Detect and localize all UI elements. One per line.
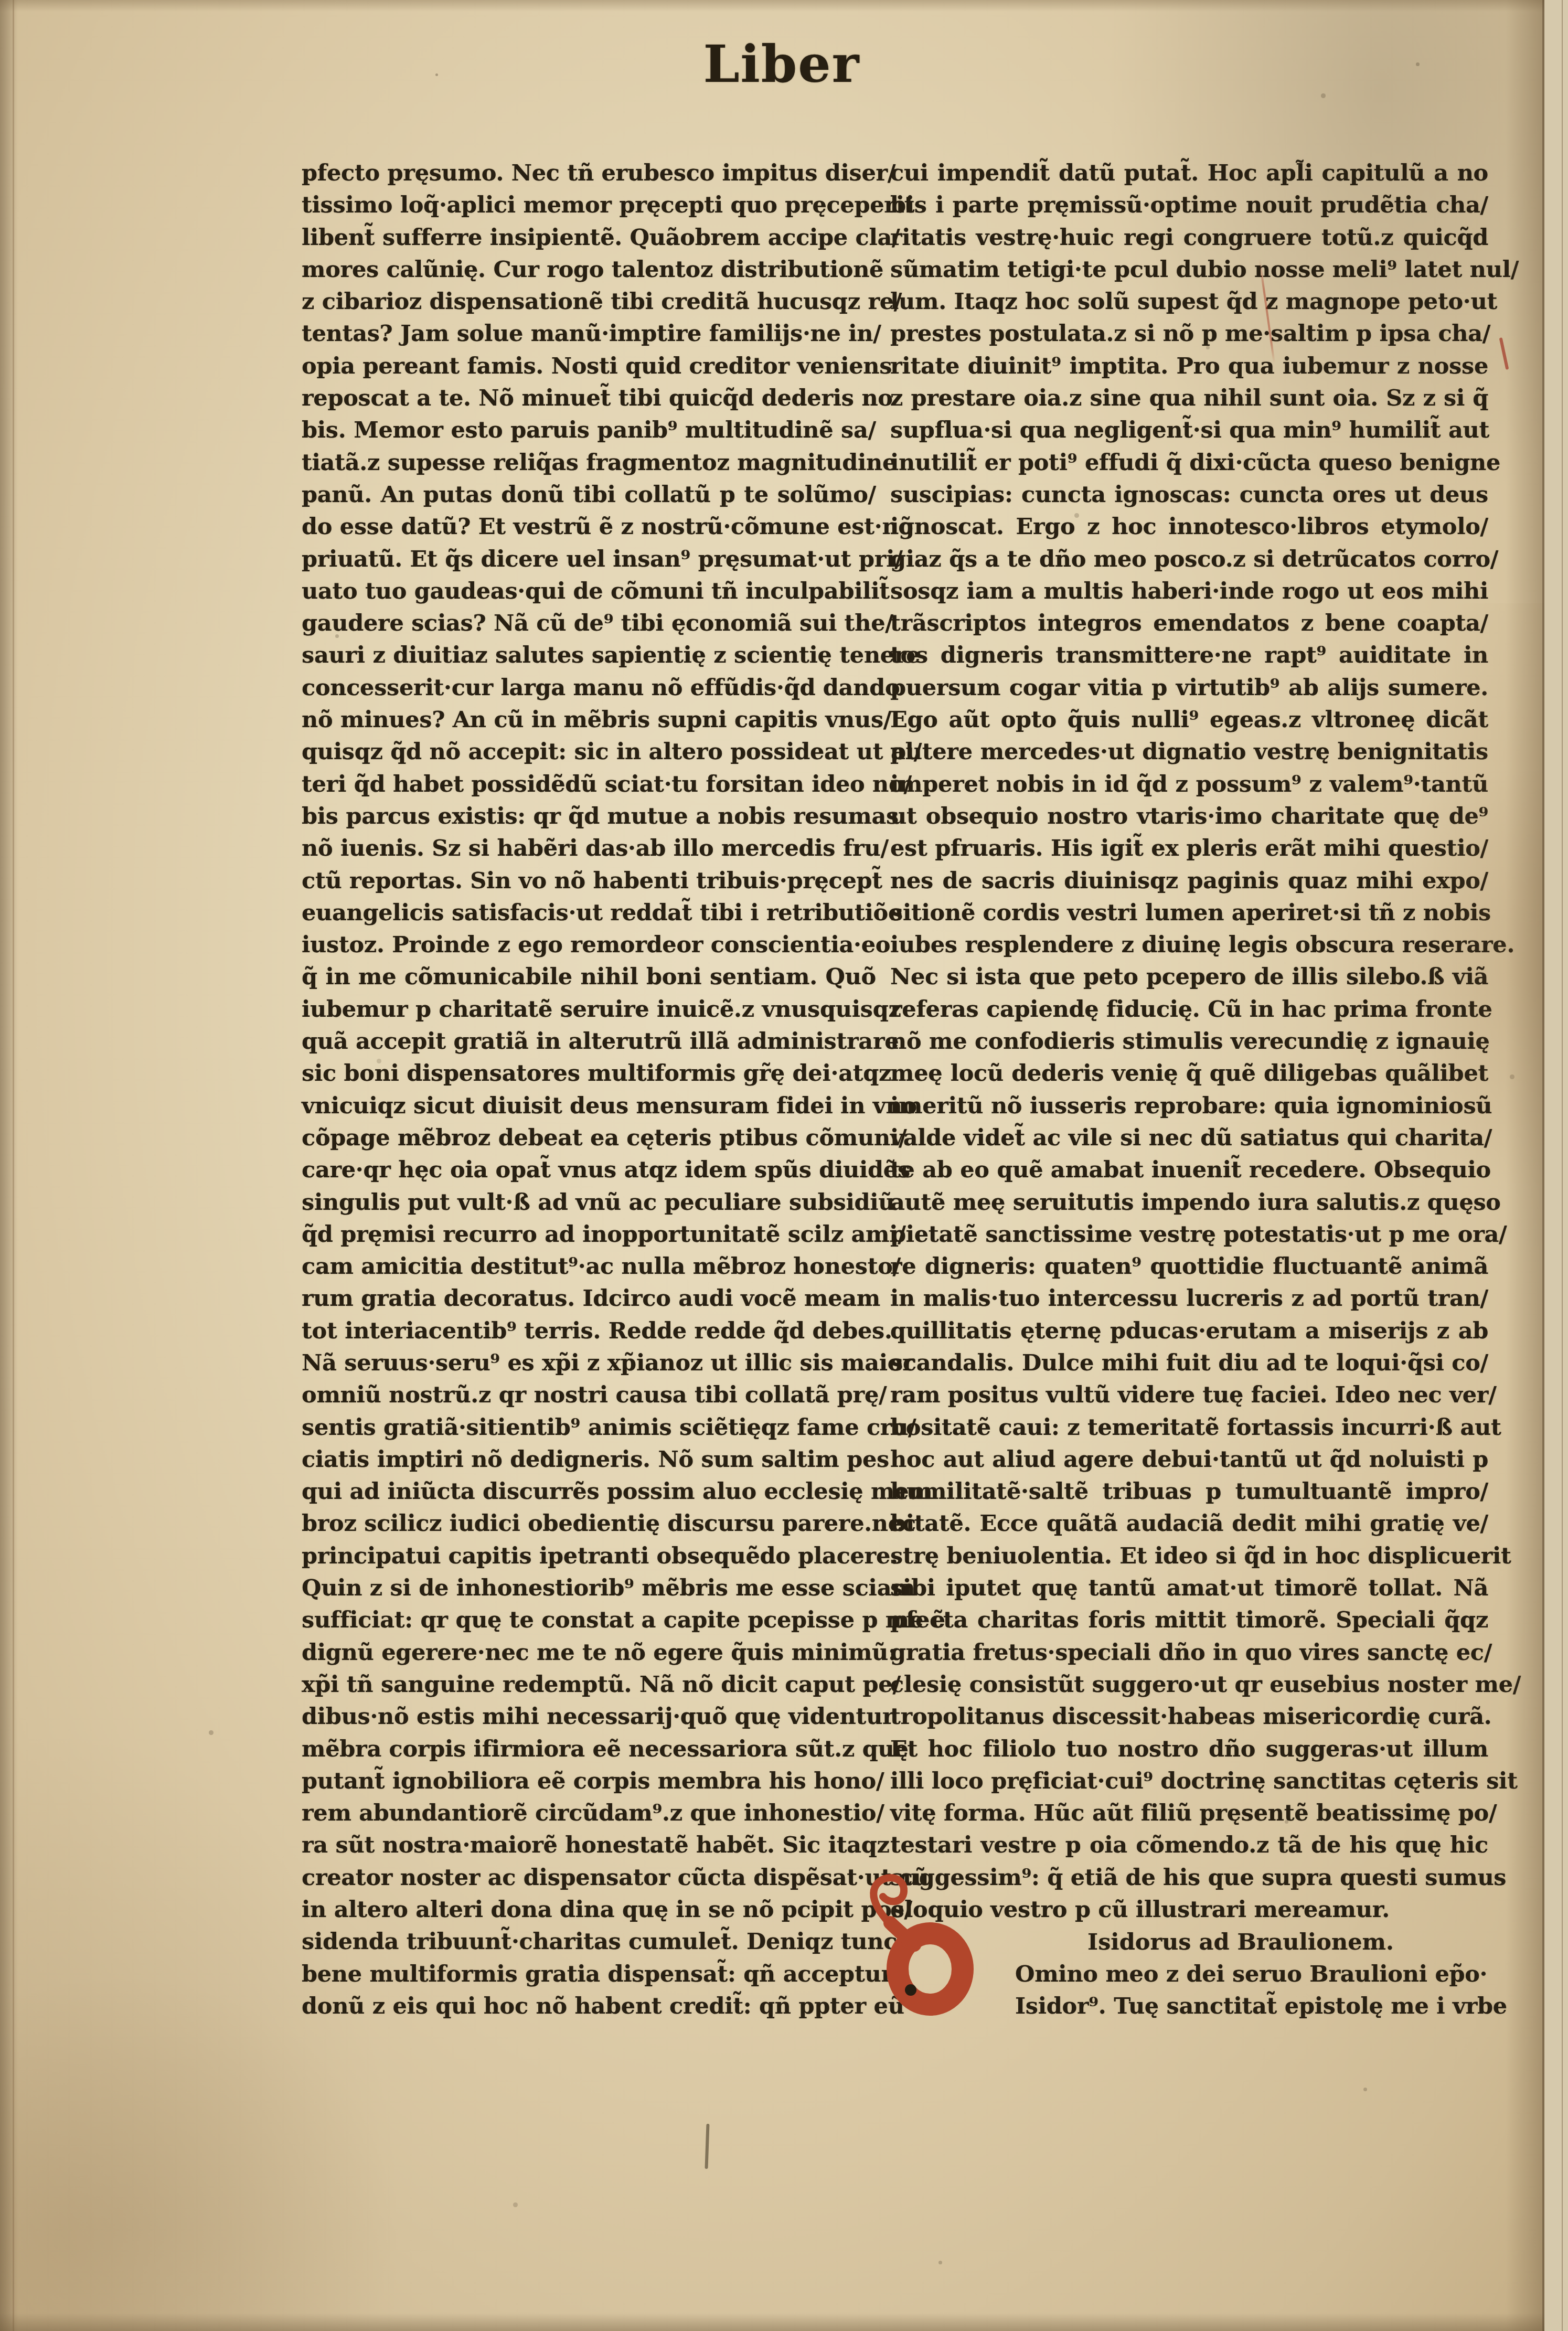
text-line: lum. Itaqz hoc solũ supest q̃d z magnope…	[890, 286, 1488, 318]
text-line: sitionẽ cordis vestri lumen aperiret·si …	[890, 897, 1488, 929]
text-line: omniũ nostrũ.z qr nostri causa tibi coll…	[302, 1379, 876, 1411]
running-header-title: Liber	[671, 30, 892, 99]
text-line: tentas? Jam solue manũ·imptire familijs·…	[302, 318, 876, 350]
text-line: dibus·nõ estis mihi necessarij·quõ quę v…	[302, 1701, 876, 1733]
text-line: dignũ egerere·nec me te nõ egere q̃uis m…	[302, 1637, 876, 1669]
text-line: testari vestre p oia cõmendo.z tã de his…	[890, 1829, 1488, 1861]
text-line: opia pereant famis. Nosti quid creditor …	[302, 350, 876, 382]
text-line: scandalis. Dulce mihi fuit diu ad te loq…	[890, 1347, 1488, 1379]
text-line: re digneris: quaten⁹ quottidie fluctuant…	[890, 1251, 1488, 1283]
text-line: nõ minues? An cũ in mẽbris supni capitis…	[302, 704, 876, 736]
text-line: imeritũ nõ iusseris reprobare: quia igno…	[890, 1090, 1488, 1122]
text-line: ignoscat. Ergo z hoc innotesco·libros et…	[890, 511, 1488, 543]
page-crease	[13, 0, 14, 2331]
text-line: sufficiat: qr quę te constat a capite pc…	[302, 1604, 876, 1636]
text-line: trãscriptos integros emendatos z bene co…	[890, 608, 1488, 640]
initial-text-line: Isidor⁹. Tuę sanctitat̃ epistolę me i vr…	[1015, 1991, 1485, 2023]
text-line: mores calũnię. Cur rogo talentoz distrib…	[302, 254, 876, 286]
text-line: broz scilicz iudici obedientię discursu …	[302, 1508, 876, 1540]
text-line: q̃d pręmisi recurro ad inopportunitatẽ s…	[302, 1219, 876, 1251]
text-line: ram positus vultũ videre tuę faciei. Ide…	[890, 1379, 1488, 1411]
text-line: humilitatẽ·saltẽ tribuas p tumultuantẽ i…	[890, 1476, 1488, 1508]
text-line: care·qr hęc oia opat̃ vnus atqz idem spũ…	[302, 1154, 876, 1186]
text-line: bis i parte pręmissũ·optime nouit prudẽt…	[890, 189, 1488, 221]
text-line: qui ad iniũcta discurrẽs possim aluo ecc…	[302, 1476, 876, 1508]
text-line: imperet nobis in id q̃d z possum⁹ z vale…	[890, 769, 1488, 801]
text-line: priuatũ. Et q̃s dicere uel insan⁹ pręsum…	[302, 544, 876, 576]
text-line: vnicuiqz sicut diuisit deus mensuram fid…	[302, 1090, 876, 1122]
text-line: clesię consistũt suggero·ut qr eusebius …	[890, 1669, 1488, 1701]
text-line: ciatis imptiri nõ dedigneris. Nõ sum sal…	[302, 1444, 876, 1476]
text-line: creator noster ac dispensator cũcta disp…	[302, 1862, 876, 1894]
text-line: sũmatim tetigi·te pcul dubio nosse meli⁹…	[890, 254, 1488, 286]
text-line: vitę forma. Hũc aũt filiũ pręsentẽ beati…	[890, 1797, 1488, 1829]
text-line: iubes resplendere z diuinę legis obscura…	[890, 929, 1488, 961]
text-line: putere mercedes·ut dignatio vestrę benig…	[890, 736, 1488, 768]
text-line: donũ z eis qui hoc nõ habent credit̃: qñ…	[302, 1991, 876, 2023]
text-line: strę beniuolentia. Et ideo si q̃d in hoc…	[890, 1540, 1488, 1572]
text-line: inutilit̃ er poti⁹ effudi q̃ dixi·cũcta …	[890, 447, 1488, 479]
text-line: prestes postulata.z si nõ p me·saltim p …	[890, 318, 1488, 350]
paper-specks	[435, 73, 438, 76]
text-line: valde videt̃ ac vile si nec dũ satiatus …	[890, 1122, 1488, 1154]
text-line: autẽ meę seruitutis impendo iura salutis…	[890, 1187, 1488, 1219]
text-line: sidenda tribuunt̃·charitas cumulet̃. Den…	[302, 1926, 876, 1958]
text-line: q̃ in me cõmunicabile nihil boni sentiam…	[302, 961, 876, 993]
text-line: Nã seruus·seru⁹ es xp̃i z xp̃ianoz ut il…	[302, 1347, 876, 1379]
text-line: ctũ reportas. Sin vo nõ habenti tribuis·…	[302, 865, 876, 897]
text-line: xp̃i tñ sanguine redemptũ. Nã nõ dicit c…	[302, 1669, 876, 1701]
text-line: tropolitanus discessit·habeas misericord…	[890, 1701, 1488, 1733]
text-line: sosqz iam a multis haberi·inde rogo ut e…	[890, 576, 1488, 608]
text-line: pfecto pręsumo. Nec tñ erubesco impitus …	[302, 157, 876, 189]
text-line: ra sũt nostra·maiorẽ honestatẽ habẽt. Si…	[302, 1829, 876, 1861]
text-line: tissimo loq̃·aplici memor pręcepti quo p…	[302, 189, 876, 221]
text-line: bitatẽ. Ecce quãtã audaciã dedit mihi gr…	[890, 1508, 1488, 1540]
page-edge-line	[1542, 0, 1544, 2331]
page-edge-top	[0, 0, 1568, 12]
book-page: Liber pfecto pręsumo. Nec tñ erubesco im…	[0, 0, 1568, 2331]
red-margin-mark	[1499, 337, 1509, 370]
text-line: sic boni dispensatores multiformis gr̃ę …	[302, 1058, 876, 1090]
section-heading: Isidorus ad Braulionem.	[997, 1926, 1485, 1959]
adjacent-page-edge	[1544, 0, 1568, 2331]
text-line: suscipias: cuncta ignoscas: cuncta ores …	[890, 479, 1488, 511]
text-line: z cibarioz dispensationẽ tibi creditã hu…	[302, 286, 876, 318]
right-column: cui impendit̃ datũ putat̃. Hoc apl̃i cap…	[890, 157, 1488, 1926]
text-line: bis parcus existis: qr q̃d mutue a nobis…	[302, 801, 876, 833]
text-line: do esse datũ? Et vestrũ ẽ z nostrũ·cõmun…	[302, 511, 876, 543]
text-line: iubemur p charitatẽ seruire inuicẽ.z vnu…	[302, 994, 876, 1026]
text-line: in altero alteri dona dina quę in se nõ …	[302, 1894, 876, 1926]
left-column: pfecto pręsumo. Nec tñ erubesco impitus …	[302, 157, 876, 2023]
text-line: referas capiendę fiducię. Cũ in hac prim…	[890, 994, 1488, 1026]
text-line: hoc aut aliud agere debui·tantũ ut q̃d n…	[890, 1444, 1488, 1476]
text-line: uato tuo gaudeas·qui de cõmuni tñ inculp…	[302, 576, 876, 608]
page-edge-left	[0, 0, 18, 2331]
paper-stain	[0, 1973, 399, 2331]
text-line: nes de sacris diuinisqz paginis quaz mih…	[890, 865, 1488, 897]
text-line: quisqz q̃d nõ accepit: sic in altero pos…	[302, 736, 876, 768]
text-line: rum gratia decoratus. Idcirco audi vocẽ …	[302, 1283, 876, 1315]
text-line: gaudere scias? Nã cũ de⁹ tibi ęconomiã s…	[302, 608, 876, 640]
text-line: nõ iuenis. Sz si habẽri das·ab illo merc…	[302, 833, 876, 865]
text-line: in malis·tuo intercessu lucreris z ad po…	[890, 1283, 1488, 1315]
text-line: cam amicitia destitut⁹·ac nulla mẽbroz h…	[302, 1251, 876, 1283]
text-line: bis. Memor esto paruis panib⁹ multitudin…	[302, 414, 876, 446]
text-line: meę locũ dederis venię q̃ quẽ diligebas …	[890, 1058, 1488, 1090]
text-line: nõ me confodieris stimulis verecundię z …	[890, 1026, 1488, 1058]
text-line: ritatis vestrę·huic regi congruere totũ.…	[890, 222, 1488, 254]
text-line: panũ. An putas donũ tibi collatũ p te so…	[302, 479, 876, 511]
text-line: concesserit·cur larga manu nõ effũdis·q̃…	[302, 672, 876, 704]
text-line: giaz q̃s a te dño meo posco.z si detrũca…	[890, 544, 1488, 576]
text-line: quã accepit gratiã in alterutrũ illã adm…	[302, 1026, 876, 1058]
stray-ink-mark	[705, 2124, 710, 2169]
text-line: puersum cogar vitia p virtutib⁹ ab alijs…	[890, 672, 1488, 704]
adjacent-page-edge-line	[1562, 0, 1563, 2331]
text-line: iustoz. Proinde z ego remordeor conscien…	[302, 929, 876, 961]
text-line: sentis gratiã·sitientib⁹ animis sciẽtięq…	[302, 1412, 876, 1444]
text-line: sibi iputet quę tantũ amat·ut timorẽ tol…	[890, 1572, 1488, 1604]
text-line: supflua·si qua negligent̃·si qua min⁹ hu…	[890, 414, 1488, 446]
page-edge-shadow	[1506, 0, 1542, 2331]
text-line: ut obsequio nostro vtaris·imo charitate …	[890, 801, 1488, 833]
text-line: est pfruaris. His igit̃ ex pleris erãt m…	[890, 833, 1488, 865]
text-line: reposcat a te. Nõ minuet̃ tibi quicq̃d d…	[302, 382, 876, 414]
text-line: singulis put vult·ß ad vnũ ac peculiare …	[302, 1187, 876, 1219]
page-edge-bottom	[0, 2313, 1568, 2331]
text-line: teri q̃d habet possidẽdũ sciat·tu forsit…	[302, 769, 876, 801]
text-line: te ab eo quẽ amabat inuenit̃ recedere. O…	[890, 1154, 1488, 1186]
rubricated-initial-d-icon	[852, 1860, 984, 2033]
text-line: pfecta charitas foris mittit timorẽ. Spe…	[890, 1604, 1488, 1636]
text-line: putant̃ ignobiliora eẽ corpis membra his…	[302, 1765, 876, 1797]
text-line: z prestare oia.z sine qua nihil sunt oia…	[890, 382, 1488, 414]
text-line: tot interiacentib⁹ terris. Redde redde q…	[302, 1315, 876, 1347]
text-line: cui impendit̃ datũ putat̃. Hoc apl̃i cap…	[890, 157, 1488, 189]
text-line: tos digneris transmittere·ne rapt⁹ auidi…	[890, 640, 1488, 672]
text-line: cõpage mẽbroz debeat ea cęteris ptibus c…	[302, 1122, 876, 1154]
text-line: illi loco pręficiat·cui⁹ doctrinę sancti…	[890, 1765, 1488, 1797]
text-line: libent̃ sufferre insipientẽ. Quãobrem ac…	[302, 222, 876, 254]
text-line: bositatẽ caui: z temeritatẽ fortassis in…	[890, 1412, 1488, 1444]
text-line: mẽbra corpis ifirmiora eẽ necessariora s…	[302, 1733, 876, 1765]
text-line: Quin z si de inhonestiorib⁹ mẽbris me es…	[302, 1572, 876, 1604]
text-line: gratia fretus·speciali dño in quo vires …	[890, 1637, 1488, 1669]
text-line: pietatẽ sanctissime vestrę potestatis·ut…	[890, 1219, 1488, 1251]
text-line: rem abundantiorẽ circũdam⁹.z que inhones…	[302, 1797, 876, 1829]
initial-text-line: Omino meo z dei seruo Braulioni ep̃o·	[1015, 1959, 1485, 1991]
text-line: Ego aũt opto q̃uis nulli⁹ egeas.z vltron…	[890, 704, 1488, 736]
text-line: Nec si ista que peto pcepero de illis si…	[890, 961, 1488, 993]
text-line: sauri z diuitiaz salutes sapientię z sci…	[302, 640, 876, 672]
text-line: bene multiformis gratia dispensat̃: qñ a…	[302, 1959, 876, 1991]
text-line: principatui capitis ipetranti obsequẽdo …	[302, 1540, 876, 1572]
text-line: tiatã.z supesse reliq̃as fragmentoz magn…	[302, 447, 876, 479]
text-line: quillitatis ęternę pducas·erutam a miser…	[890, 1315, 1488, 1347]
text-line: Et hoc filiolo tuo nostro dño suggeras·u…	[890, 1733, 1488, 1765]
text-line: ritate diuinit⁹ imptita. Pro qua iubemur…	[890, 350, 1488, 382]
text-line: euangelicis satisfacis·ut reddat̃ tibi i…	[302, 897, 876, 929]
